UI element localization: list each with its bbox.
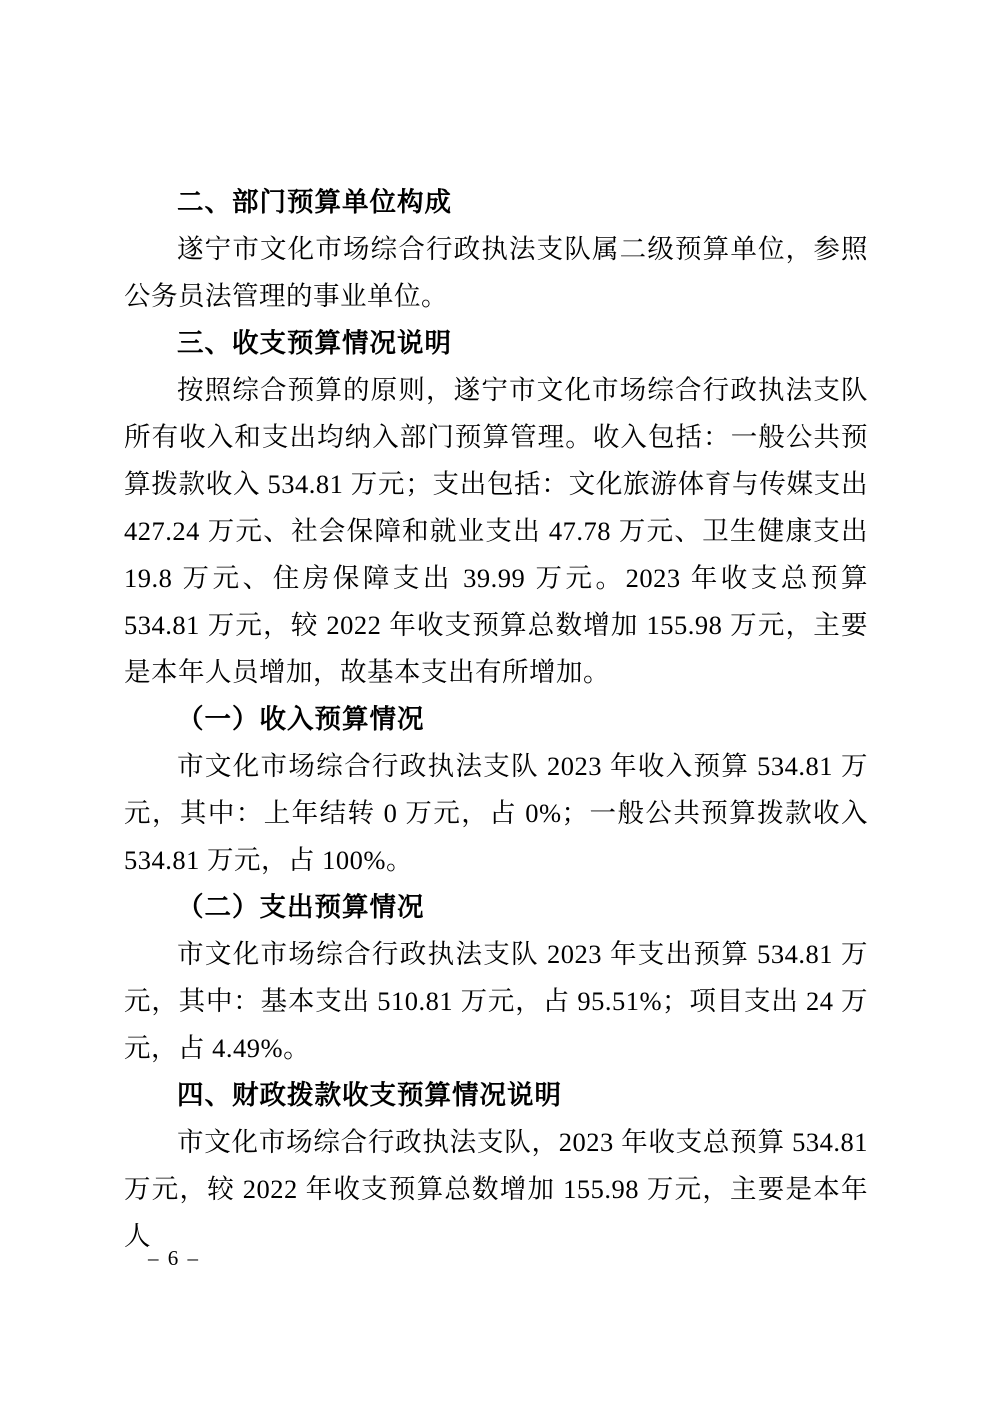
- section-heading-budget-unit-composition: 二、部门预算单位构成: [124, 179, 868, 226]
- document-page: 二、部门预算单位构成 遂宁市文化市场综合行政执法支队属二级预算单位，参照公务员法…: [0, 0, 992, 1403]
- section-heading-revenue-expenditure-overview: 三、收支预算情况说明: [124, 320, 868, 367]
- paragraph-income-budget: 市文化市场综合行政执法支队 2023 年收入预算 534.81 万元，其中：上年…: [124, 743, 868, 884]
- subheading-expenditure-budget: （二）支出预算情况: [124, 884, 868, 931]
- paragraph-expenditure-budget: 市文化市场综合行政执法支队 2023 年支出预算 534.81 万元，其中：基本…: [124, 931, 868, 1072]
- subheading-income-budget: （一）收入预算情况: [124, 696, 868, 743]
- page-number: – 6 –: [148, 1244, 200, 1272]
- paragraph-budget-unit-composition: 遂宁市文化市场综合行政执法支队属二级预算单位，参照公务员法管理的事业单位。: [124, 226, 868, 320]
- document-body: 二、部门预算单位构成 遂宁市文化市场综合行政执法支队属二级预算单位，参照公务员法…: [124, 179, 868, 1260]
- paragraph-fiscal-appropriation: 市文化市场综合行政执法支队，2023 年收支总预算 534.81 万元，较 20…: [124, 1119, 868, 1260]
- paragraph-revenue-expenditure-overview: 按照综合预算的原则，遂宁市文化市场综合行政执法支队所有收入和支出均纳入部门预算管…: [124, 367, 868, 696]
- section-heading-fiscal-appropriation: 四、财政拨款收支预算情况说明: [124, 1072, 868, 1119]
